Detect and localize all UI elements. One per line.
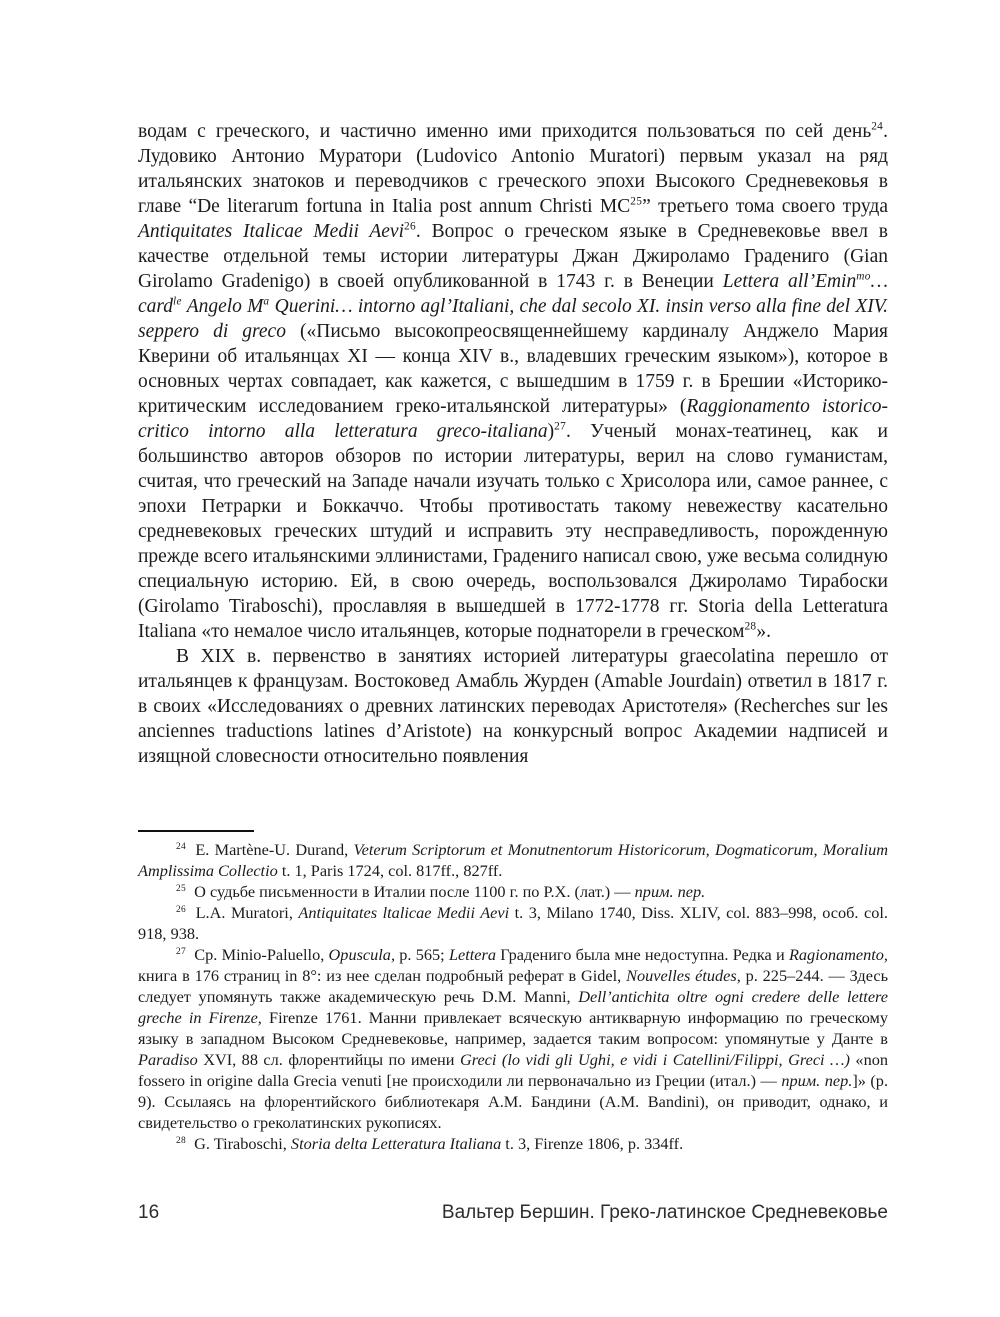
footnote: 27 Ср. Minio-Paluello, Opuscula, p. 565;… [138, 944, 888, 1133]
running-title: Вальтер Бершин. Греко-латинское Средневе… [442, 1202, 888, 1224]
page-footer: 16 Вальтер Бершин. Греко-латинское Средн… [138, 1202, 888, 1224]
body-paragraph: водам с греческого, и частично именно им… [138, 119, 888, 644]
body-paragraph: В XIX в. первенство в занятиях историей … [138, 644, 888, 769]
footnote: 25 О судьбе письменности в Италии после … [138, 881, 888, 902]
book-page: водам с греческого, и частично именно им… [0, 0, 1000, 1317]
footnote-separator-rule [138, 830, 254, 832]
footnote: 24 E. Martène-U. Durand, Veterum Scripto… [138, 839, 888, 881]
main-text: водам с греческого, и частично именно им… [138, 119, 888, 769]
page-number: 16 [138, 1202, 159, 1224]
footnote: 26 L.A. Muratori, Antiquitates ltalicae … [138, 902, 888, 944]
footnote: 28 G. Tiraboschi, Storia delta Letteratu… [138, 1133, 888, 1154]
footnotes-section: 24 E. Martène-U. Durand, Veterum Scripto… [138, 839, 888, 1154]
